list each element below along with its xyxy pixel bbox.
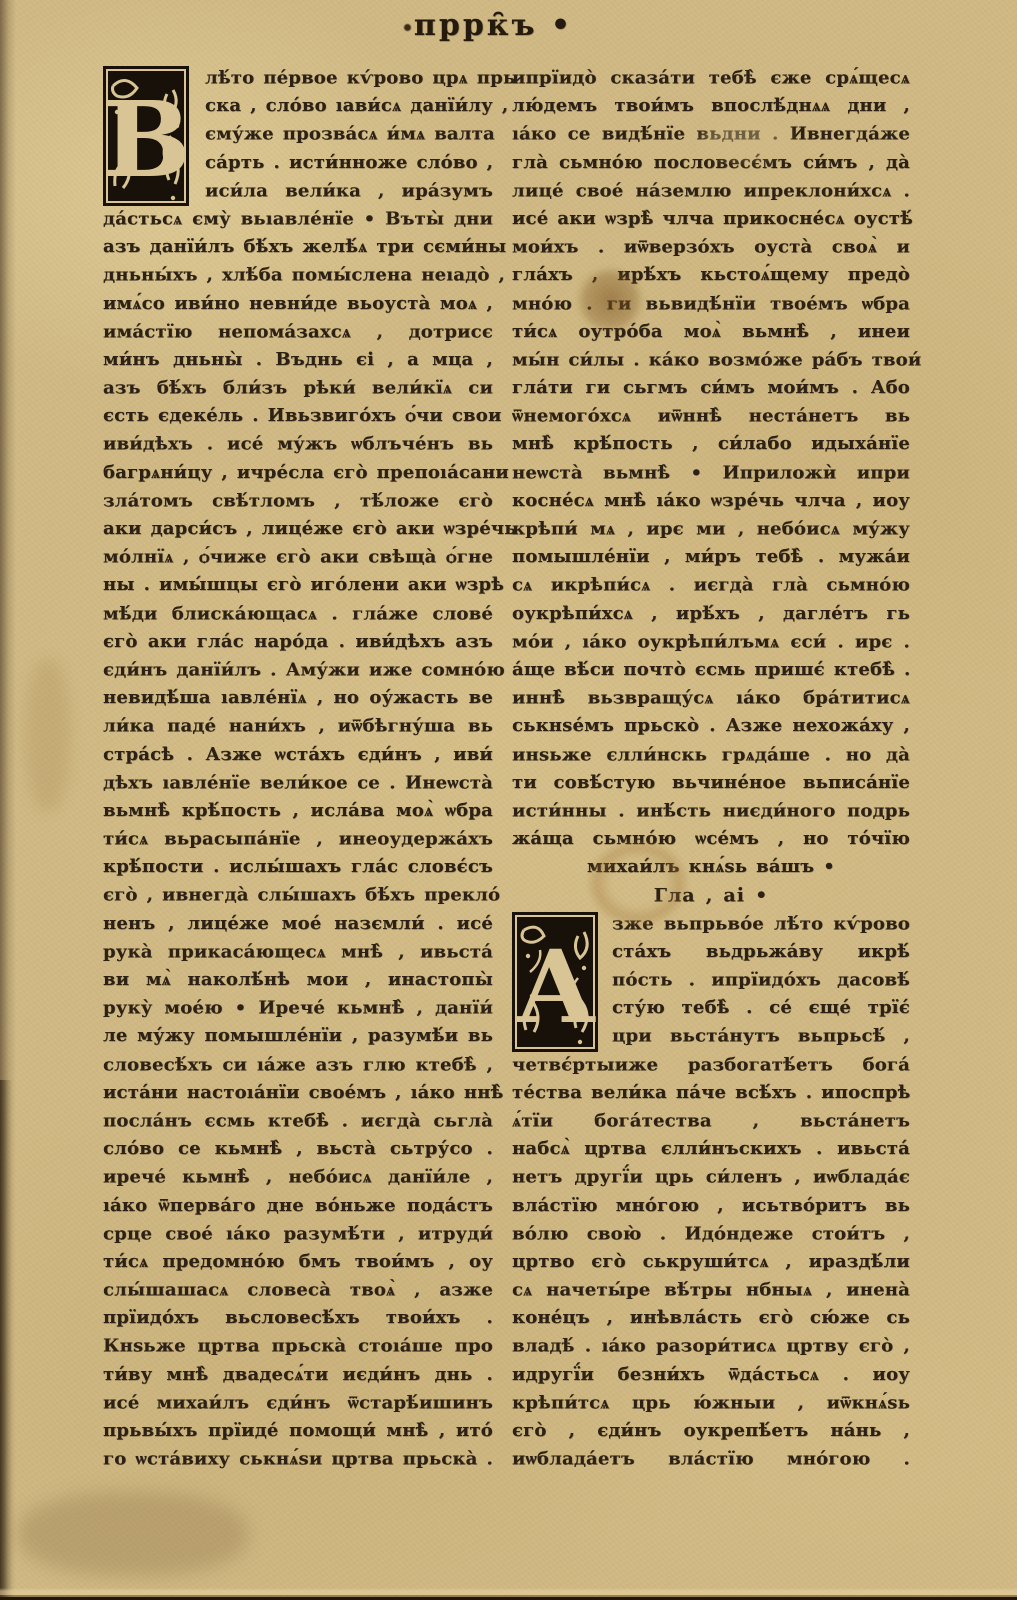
text-line: иви́дѣхъ . исе́ му́жъ ѡблъче́нъ вь — [103, 431, 493, 459]
text-line: прьвы́хъ прїиде́ помощи́ мнѣ̀ , ито́ — [103, 1417, 493, 1445]
text-line: има́стїю непома́захсѧ , дотрисє — [103, 318, 493, 346]
text-line: сло́во се кьмнѣ̀ , вьста̀ сьтру́со . — [103, 1135, 493, 1163]
text-line: помышле́нїи , ми́ръ тебѣ̀ . мужа́и — [512, 543, 910, 571]
text-line: во́лю свою̀ . Идо́ндеже стои́тъ , — [512, 1220, 910, 1248]
margin-blotch — [26, 660, 70, 810]
text-line: азъ бѣ́хъ бли́зъ рѣки́ вели́кїѧ си — [103, 374, 493, 402]
text-line: Кнѕьже цртва прьска̀ стоıа́ше про — [103, 1333, 493, 1361]
text-line: мно́ю . ги вьвидѣ́нїи твое́мъ ѡбра — [512, 290, 910, 318]
text-line: вла́стїю мно́гою , исьтво́ритъ вь — [512, 1192, 910, 1220]
text-line: невидѣ́ша ıавле́нїѧ , но оу́жасть ве — [103, 684, 493, 712]
text-line: иннѣ̀ вьзвращу́сѧ ıа́ко бра́титисѧ — [512, 684, 910, 712]
text-line: ськнѕе́мъ прьско̀ . Азже нехожа́ху , — [512, 712, 910, 740]
initial-letter: В — [103, 78, 189, 201]
left-text-column: В лѣ́то пе́рвое кѵ́рово црѧ прьска , сло… — [103, 64, 493, 1473]
text-line: те́ства вели́ка па́че всѣ́хъ . ипоспрѣ — [512, 1079, 910, 1107]
text-line: иѡблада́етъ вла́стїю мно́гою . — [512, 1445, 910, 1473]
text-line: имѧ́со иви́но невни́де вьоуста̀ моѧ , — [103, 290, 493, 318]
text-line: сту́ю тебѣ̀ . се́ єще́ трїє́ — [612, 994, 910, 1022]
text-line: иста́ни настоıа́нїи свое́мъ , ıа́ко ннѣ̀ — [103, 1079, 493, 1107]
text-line: ти совѣ́стую вьчине́ное вьписа́нїе — [512, 769, 910, 797]
text-line: крѣ́пости . ислы́шахъ гла́с словє́съ — [103, 853, 493, 881]
text-line: четвє́ртыиже разбогатѣ́етъ бога́ — [512, 1051, 910, 1079]
text-line: сѧ начеты́ре вѣ́тры нбныѧ , инена̀ — [512, 1276, 910, 1304]
page-left-edge-shadow-lower — [0, 1080, 12, 1600]
right-drop-cap-section: А зже вьпрьво́е лѣ́то кѵ́ровоста́хъ вьдр… — [512, 910, 910, 1051]
text-line: ти́сѧ вьрасыпа́нїе , инеоудержа́хъ — [103, 825, 493, 853]
text-line: владѣ́ . ıа́ко разори́тисѧ цртву єго̀ , — [512, 1333, 910, 1361]
text-line: ѿнемого́хсѧ иѿннѣ̀ неста́нетъ вь — [512, 403, 910, 431]
woodcut-initial-icon: А — [512, 912, 598, 1052]
left-wrapped-lines: лѣ́то пе́рвое кѵ́рово црѧ прьска , сло́в… — [205, 64, 493, 205]
text-line: єго̀ , ивнегда̀ слы́шахъ бѣ́хъ прекло́ — [103, 882, 493, 910]
text-line: са́рть . исти́нноже сло́во , — [205, 149, 493, 177]
text-line: ипрїидо̀ сказа́ти тебѣ̀ єже срѧ́щесѧ — [512, 64, 910, 92]
text-line: косне́сѧ мнѣ̀ ıа́ко ѡзре́чь члча , иоу — [512, 487, 910, 515]
paragraph-end-line: михаи́лъ кнѧ́ѕь ва́шъ • — [512, 853, 910, 881]
text-line: жа́ща сьмно́ю ѡсе́мъ , но то́чїю — [512, 825, 910, 853]
text-line: мои́хъ . иѿверзо́хъ оуста̀ своѧ̀ и — [512, 233, 910, 261]
text-line: ıа́ко се видѣ́нїе вьдни . Ивнегда́же — [512, 121, 910, 149]
text-line: дньны́хъ , хлѣ́ба помы́слена неıадо̀ , — [103, 262, 493, 290]
text-line: мнѣ̀ крѣ́пость , си́лабо идыха́нїе — [512, 430, 910, 458]
text-line: неѡста̀ вьмнѣ̀ • Иприложѝ ипри — [512, 459, 910, 487]
text-line: аки дарси́съ , лице́же єго̀ аки ѡзре́чь — [103, 515, 493, 543]
initial-letter: А — [515, 928, 596, 1046]
right-body-lines: ипрїидо̀ сказа́ти тебѣ̀ єже срѧ́щесѧлю́д… — [512, 64, 910, 853]
text-line: ста́хъ вьдрьжа́ву икрѣ́ — [612, 938, 910, 966]
page-left-edge-shadow — [0, 0, 16, 1600]
text-line: лю́демъ твои́мъ впослѣ́днѧѧ дни , — [512, 92, 910, 120]
text-line: руку̀ мое́ю • Ирече́ кьмнѣ̀ , данїи́ — [103, 994, 493, 1022]
right-text-column: ипрїидо̀ сказа́ти тебѣ̀ єже срѧ́щесѧлю́д… — [512, 64, 910, 1473]
text-line: ти́сѧ оутро́ба моѧ̀ вьмнѣ̀ , инеи — [512, 318, 910, 346]
text-line: крѣпи́ мѧ , ирє ми , небо́исѧ му́жу — [512, 515, 910, 543]
chapter-heading: Гла , аі • — [512, 882, 910, 910]
text-line: стра́сѣ . Азже ѡста́хъ єди́нъ , иви́ — [103, 741, 493, 769]
text-line: идругї́и безни́хъ ѿда́стьсѧ . иоу — [512, 1361, 910, 1389]
text-line: посла́нъ єсмь ктебѣ̀ . иєгда̀ сьгла̀ — [103, 1107, 493, 1135]
margin-blotch — [18, 1492, 248, 1576]
text-line: лице́ свое́ на́землю ипреклони́хсѧ . — [512, 177, 910, 205]
text-line: мѣ́ди блиска́ющасѧ . гла́же слове́ — [103, 600, 493, 628]
text-line: да́стьсѧ єму̀ вьıавле́нїе • Въты̀ дни — [103, 205, 493, 233]
text-line: вьмнѣ̀ крѣ́пость , исла́ва моѧ̀ ѡбра — [103, 797, 493, 825]
text-line: мо́лнїѧ , ѻ́чиже єго̀ аки свѣща̀ ѻ́гне — [103, 543, 493, 571]
right-tail-lines: четвє́ртыиже разбогатѣ́етъ бога́те́ства … — [512, 1051, 910, 1474]
text-line: гла́хъ , ирѣ́хъ кьстоѧ́щему предо̀ — [512, 261, 910, 289]
text-line: оукрѣпи́хсѧ , ирѣ́хъ , дагле́тъ гь — [512, 600, 910, 628]
woodcut-initial-icon: В — [103, 66, 189, 206]
text-line: ти́ву мнѣ̀ двадесѧ́ти иєди́нъ днь . — [103, 1361, 493, 1389]
manuscript-page: пррк̑ъ • В лѣ́то пе́рвое кѵ́рово црѧ прь… — [0, 0, 1017, 1600]
text-line: ска , сло́во ıави́сѧ данїи́лу , — [205, 92, 493, 120]
text-line: набсѧ̀ цртва єлли́нъскихъ . ивьста́ — [512, 1135, 910, 1163]
right-wrapped-lines: зже вьпрьво́е лѣ́то кѵ́ровоста́хъ вьдрьж… — [612, 910, 910, 1051]
text-line: ми́нъ дньны̀ . Въднь єі , а мца , — [103, 346, 493, 374]
text-line: срце свое́ ıа́ко разумѣ́ти , итруди́ — [103, 1220, 493, 1248]
text-line: сѧ икрѣпи́сѧ . иєгда̀ гла̀ сьмно́ю — [512, 572, 910, 600]
text-line: исти́нны . инѣ́сть ниєди́ного подрь — [512, 797, 910, 825]
text-line: цртво єго̀ ськруши́тсѧ , ираздѣ́ли — [512, 1248, 910, 1276]
text-line: коне́цъ , инѣвла́сть єго̀ сю́же сь — [512, 1304, 910, 1332]
text-line: зла́томъ свѣ́тломъ , тѣ́ложе єго̀ — [103, 487, 493, 515]
running-header: пррк̑ъ • — [0, 8, 987, 43]
text-line: ирече́ кьмнѣ̀ , небо́исѧ данїи́ле , — [103, 1164, 493, 1192]
text-line: крѣпи́тсѧ црь ю́жныи , иѿкнѧ́ѕь — [512, 1389, 910, 1417]
text-line: рука̀ прикаса́ющесѧ мнѣ̀ , ивьста́ — [103, 938, 493, 966]
text-line: лѣ́то пе́рвое кѵ́рово црѧ прь — [205, 64, 493, 92]
text-line: гла́ти ги сьгмъ си́мъ мои́мъ . Або — [512, 374, 910, 402]
page-bottom-edge — [0, 1588, 1017, 1600]
text-line: багрѧни́цу , ичре́сла єго̀ препоıа́сани — [103, 459, 493, 487]
text-line: мо́и , ıа́ко оукрѣпи́лъмѧ єси́ . ирє . — [512, 628, 910, 656]
text-line: инѕьже єлли́нскь грѧда́ше . но да̀ — [512, 741, 910, 769]
text-line: єго̀ , єди́нъ оукрепѣ́етъ на́нь , — [512, 1417, 910, 1445]
text-line: гла̀ сьмно́ю пословесє́мъ си́мъ , да̀ — [512, 149, 910, 177]
text-line: нетъ другї́и црь си́ленъ , иѡблада́є — [512, 1164, 910, 1192]
text-line: ли́ка паде́ нани́хъ , иѿбѣгну́ша вь — [103, 713, 493, 741]
text-line: ле му́жу помышле́нїи , разумѣ́и вь — [103, 1022, 493, 1050]
text-line: прїидо́хъ вьсловесѣ́хъ твои́хъ . — [103, 1304, 493, 1332]
text-line: єму́же прозва́сѧ и́мѧ валта — [205, 121, 493, 149]
text-line: зже вьпрьво́е лѣ́то кѵ́рово — [612, 910, 910, 938]
text-line: словесѣ́хъ си ıа́же азъ глю ктебѣ̀ , — [103, 1051, 493, 1079]
text-line: ıа́ко ѿперва́го дне во́ньже пода́стъ — [103, 1192, 493, 1220]
text-line: азъ данїи́лъ бѣ́хъ желѣ́ѧ три сєми́ны — [103, 233, 493, 261]
left-drop-cap-section: В лѣ́то пе́рвое кѵ́рово црѧ прьска , сло… — [103, 64, 493, 205]
text-line: єди́нъ данїи́лъ . Аму́жи иже сомно́ю — [103, 656, 493, 684]
text-line: слы́шашасѧ словеса̀ твоѧ̀ , азже — [103, 1276, 493, 1304]
text-line: дѣхъ ıавле́нїе вели́кое се . Инеѡста̀ — [103, 769, 493, 797]
text-line: ти́сѧ предомно́ю бмъ твои́мъ , оу — [103, 1248, 493, 1276]
text-line: по́сть . ипрїидо́хъ дасовѣ́ — [612, 966, 910, 994]
text-line: цри вьста́нутъ вьпрьсѣ́ , — [612, 1023, 910, 1051]
text-line: ненъ , лице́же мое́ назємли́ . исе́ — [103, 910, 493, 938]
text-line: го ѡста́виху ськнѧ́ѕи цртва прьска̀ . — [103, 1445, 493, 1473]
text-line: иси́ла вели́ка , ира́зумъ — [205, 177, 493, 205]
text-line: ѧ́тїи бога́тества , вьста́нетъ — [512, 1107, 910, 1135]
left-body-lines: да́стьсѧ єму̀ вьıавле́нїе • Въты̀ дниазъ… — [103, 205, 493, 1473]
text-line: а́ще вѣ́си почто̀ єсмь пришє́ ктебѣ̀ . — [512, 656, 910, 684]
text-line: исе́ аки ѡзрѣ̀ члча прикосне́сѧ оустѣ́ — [512, 205, 910, 233]
text-line: єсть єдеке́ль . Ивьзвиго́хъ ѻ́чи свои — [103, 402, 493, 430]
text-line: мы́н си́лы . ка́ко возмо́же ра́бъ твои́ — [512, 346, 910, 374]
text-line: ны . имы́шцы єго̀ иго́лени аки ѡзрѣ — [103, 571, 493, 599]
text-line: исе́ михаи́лъ єди́нъ ѿстарѣ́ишинъ — [103, 1389, 493, 1417]
text-line: єго̀ аки гла́с наро́да . иви́дѣхъ азъ — [103, 628, 493, 656]
text-line: ви мѧ̀ наколѣ́нѣ мои , инастопы̀ — [103, 966, 493, 994]
